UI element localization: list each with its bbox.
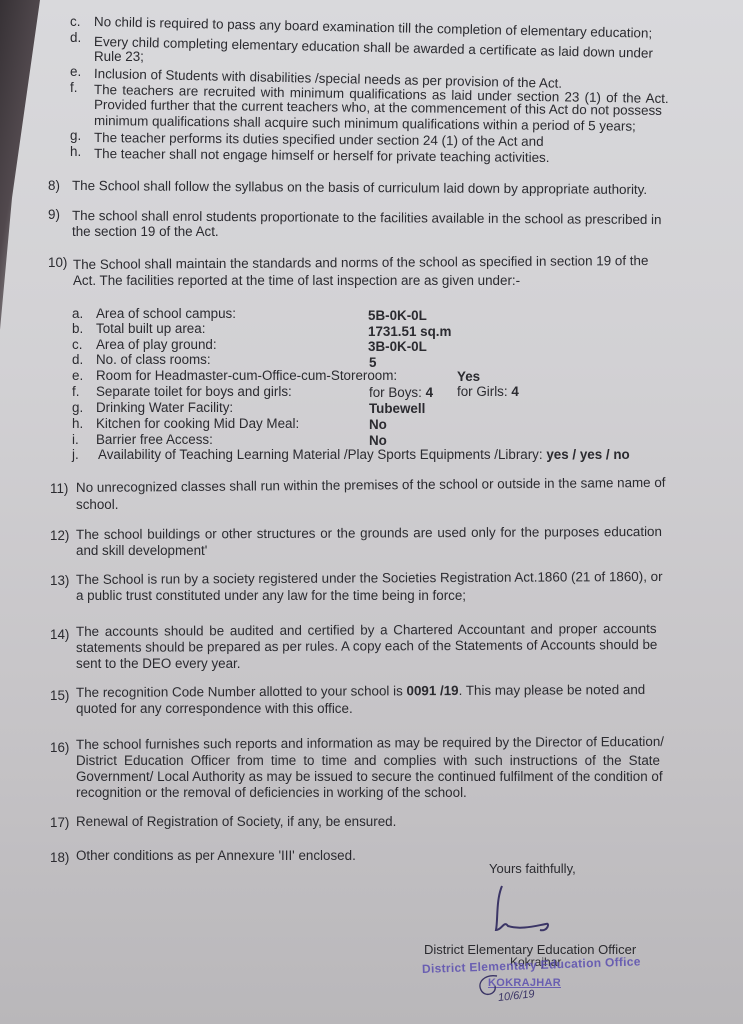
clause-text: the section 19 of the Act. <box>72 224 219 239</box>
clause-text: The School shall follow the syllabus on … <box>72 178 647 197</box>
clause-text: No unrecognized classes shall run within… <box>76 475 666 495</box>
clause-number: 18) <box>50 850 69 865</box>
facility-letter: d. <box>72 352 83 367</box>
facility-label: Separate toilet for boys and girls: <box>96 384 292 399</box>
signature-date: 10/6/19 <box>497 988 535 1004</box>
facility-letter: g. <box>72 400 83 415</box>
clause-text: The school furnishes such reports and in… <box>76 734 664 752</box>
clause-text: The School shall maintain the standards … <box>73 253 648 272</box>
facility-value: Tubewell <box>369 401 425 416</box>
clause-number: 12) <box>50 528 69 543</box>
facility-value: 5B-0K-0L <box>368 308 427 323</box>
facility-label: Availability of Teaching Learning Materi… <box>98 447 630 462</box>
clause-text: The school buildings or other structures… <box>76 524 662 542</box>
clause-text: The accounts should be audited and certi… <box>76 621 657 639</box>
clause-text: Government/ Local Authority as may be is… <box>76 769 663 784</box>
clause-number: 14) <box>50 627 69 642</box>
facility-value: No <box>369 417 387 432</box>
clause-text: Act. The facilities reported at the time… <box>73 273 520 288</box>
facility-letter: e. <box>72 368 83 383</box>
clause-text: sent to the DEO every year. <box>76 656 241 671</box>
clause-text: quoted for any correspondence with this … <box>76 701 353 716</box>
boys-toilets: for Boys: 4 <box>369 385 433 400</box>
facility-label: Area of play ground: <box>96 337 217 352</box>
girls-count: 4 <box>511 384 518 399</box>
clause-number: 10) <box>48 255 67 270</box>
facility-label: Area of school campus: <box>96 306 236 321</box>
boys-label: for Boys: <box>369 385 426 400</box>
item-letter: f. <box>70 80 77 95</box>
facility-value: 1731.51 sq.m <box>368 324 451 339</box>
item-text: The teacher shall not engage himself or … <box>94 146 550 165</box>
facility-letter: a. <box>72 306 83 321</box>
clause-number: 13) <box>50 573 69 588</box>
recognition-code: 0091 /19 <box>406 683 458 698</box>
clause-number: 8) <box>48 178 60 193</box>
official-stamp: District Elementary Education Office <box>422 954 641 976</box>
girls-toilets: for Girls: 4 <box>457 384 519 399</box>
item-letter: e. <box>70 64 81 79</box>
facility-label: Total built up area: <box>96 321 205 336</box>
clause-text: District Education Officer from time to … <box>76 753 660 768</box>
facility-letter: c. <box>72 337 82 352</box>
clause-number: 15) <box>50 688 69 703</box>
clause-number: 16) <box>50 740 69 755</box>
facility-value: Yes <box>457 369 480 384</box>
girls-label: for Girls: <box>457 384 511 399</box>
clause-text: The recognition Code Number allotted to … <box>76 682 645 700</box>
clause-number: 17) <box>50 815 69 830</box>
clause-text: The School is run by a society registere… <box>76 569 663 587</box>
item-letter: g. <box>70 128 81 143</box>
document-page: c. No child is required to pass any boar… <box>0 0 743 1024</box>
clause-text: school. <box>76 497 118 512</box>
facility-label: No. of class rooms: <box>96 352 211 367</box>
item-letter: h. <box>70 144 81 159</box>
facility-letter: j. <box>72 447 79 462</box>
item-letter: d. <box>70 30 81 45</box>
facility-value: No <box>369 433 387 448</box>
facility-letter: b. <box>72 321 83 336</box>
item-letter: c. <box>70 14 80 29</box>
facility-letter: f. <box>72 384 79 399</box>
clause-text: a public trust constituted under any law… <box>76 588 466 603</box>
clause-text: statements should be prepared as per rul… <box>76 637 657 655</box>
clause-number: 11) <box>50 481 68 496</box>
item-text-cont: Rule 23; <box>94 49 144 64</box>
facility-letter: i. <box>72 432 79 447</box>
salutation: Yours faithfully, <box>489 861 576 876</box>
facility-label: Barrier free Access: <box>96 432 213 447</box>
clause-number: 9) <box>48 207 60 222</box>
clause-text: Other conditions as per Annexure 'III' e… <box>76 848 356 863</box>
facility-letter: h. <box>72 416 83 431</box>
facility-label: Drinking Water Facility: <box>96 400 233 415</box>
clause-text: and skill development' <box>76 543 207 558</box>
clause-text: recognition or the removal of deficienci… <box>76 785 467 800</box>
facility-label: Kitchen for cooking Mid Day Meal: <box>96 416 299 431</box>
facility-value: 3B-0K-0L <box>368 339 427 354</box>
signature-icon <box>490 880 560 940</box>
boys-count: 4 <box>426 385 433 400</box>
facility-label: Room for Headmaster-cum-Office-cum-Store… <box>96 368 397 383</box>
facility-value: yes / yes / no <box>546 447 629 462</box>
clause-text: Renewal of Registration of Society, if a… <box>76 814 396 829</box>
